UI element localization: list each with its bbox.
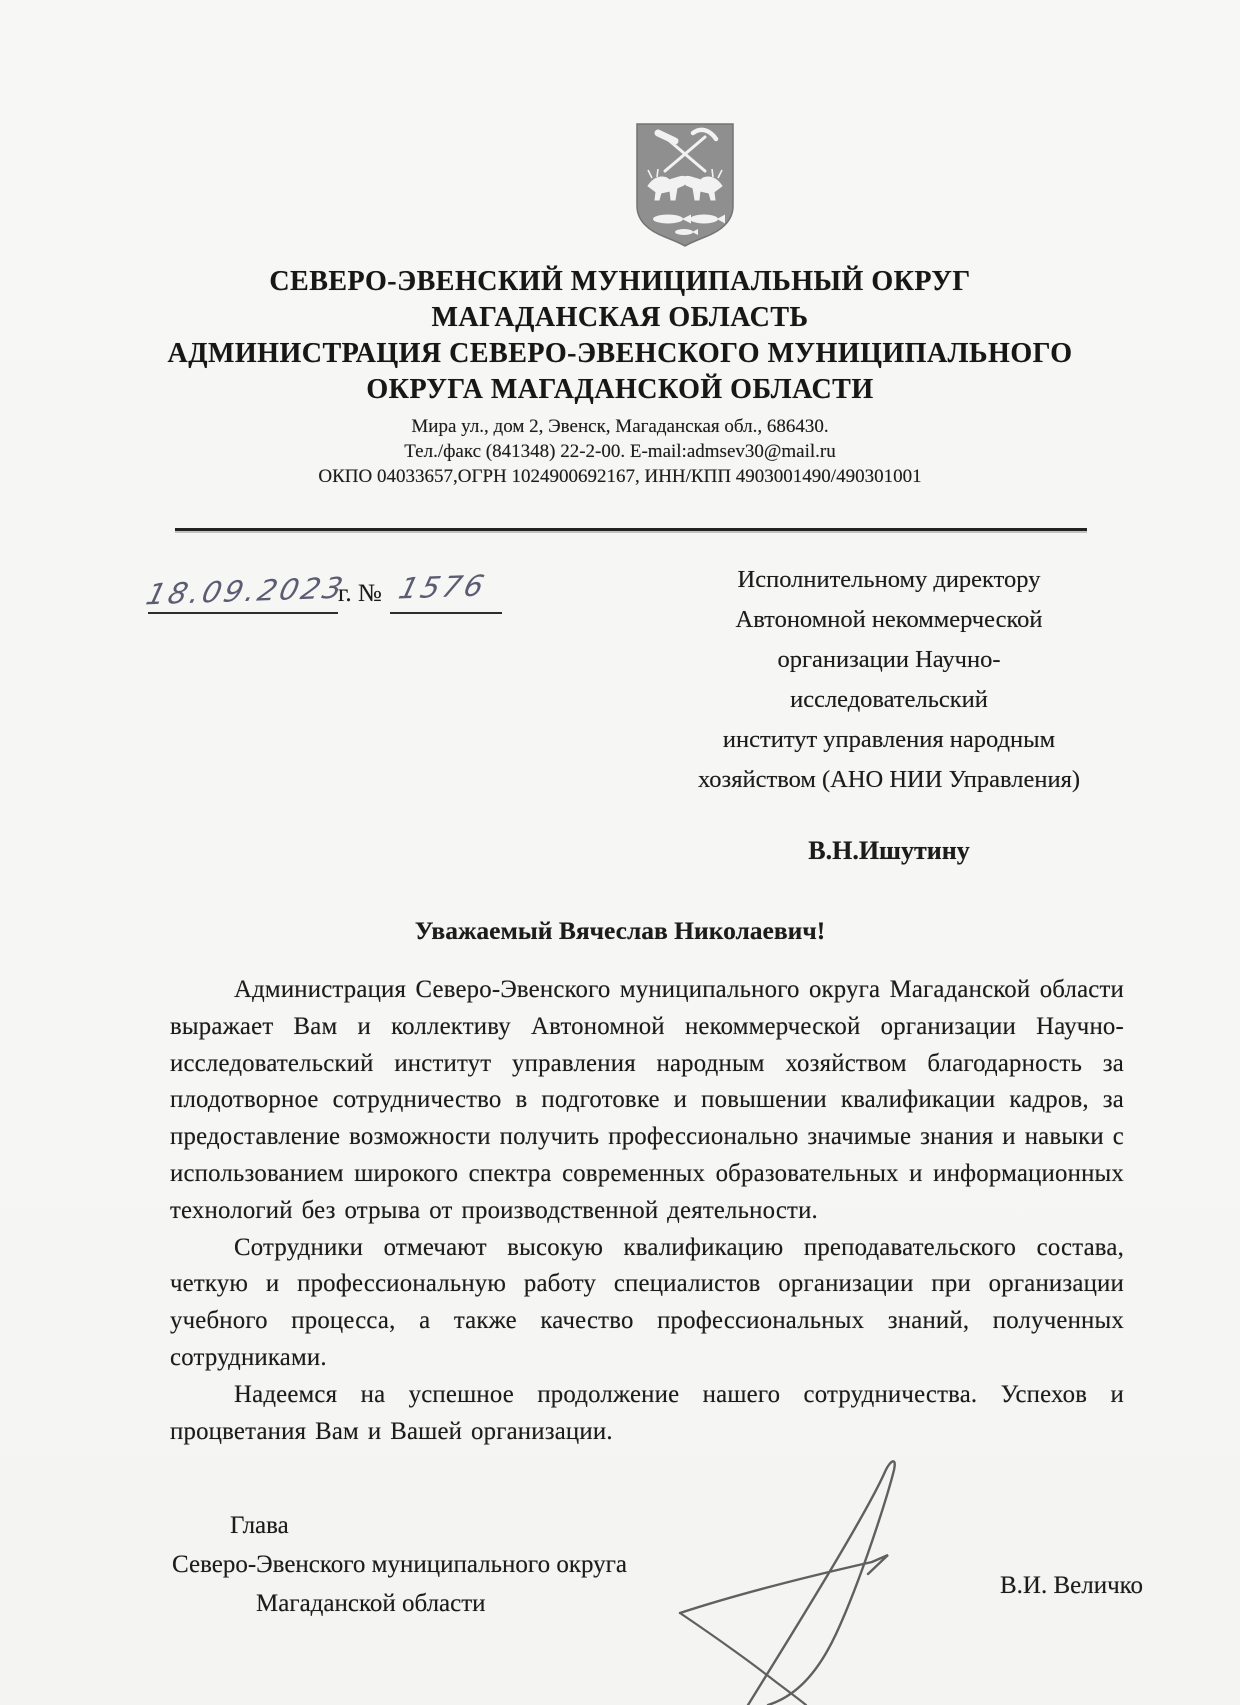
addressee-name: В.Н.Ишутину — [628, 836, 1150, 866]
coat-of-arms-icon — [632, 120, 738, 248]
letterhead-org-name: СЕВЕРО-ЭВЕНСКИЙ МУНИЦИПАЛЬНЫЙ ОКРУГ МАГА… — [0, 264, 1240, 408]
letterhead-divider — [175, 528, 1087, 531]
body-paragraph-2: Сотрудники отмечают высокую квалификацию… — [170, 1230, 1124, 1377]
signer-position-line-1: Глава — [172, 1506, 627, 1545]
addressee-line-3: организации Научно- — [628, 640, 1150, 680]
letter-body: Администрация Северо-Эвенского муниципал… — [170, 972, 1124, 1450]
letterhead-contact: Мира ул., дом 2, Эвенск, Магаданская обл… — [0, 414, 1240, 489]
signature-scribble — [600, 1430, 920, 1705]
salutation: Уважаемый Вячеслав Николаевич! — [0, 916, 1240, 946]
date-underline — [148, 612, 338, 614]
org-line-1: СЕВЕРО-ЭВЕНСКИЙ МУНИЦИПАЛЬНЫЙ ОКРУГ — [0, 264, 1240, 300]
org-line-4: ОКРУГА МАГАДАНСКОЙ ОБЛАСТИ — [0, 372, 1240, 408]
outgoing-number-handwritten: 1576 — [395, 569, 490, 606]
number-underline — [390, 612, 502, 614]
outgoing-date-handwritten: 18.09.2023 — [143, 571, 349, 612]
contact-phone-email: Тел./факс (841348) 22-2-00. E-mail:admse… — [0, 439, 1240, 464]
org-line-2: МАГАДАНСКАЯ ОБЛАСТЬ — [0, 300, 1240, 336]
signer-position-line-2: Северо-Эвенского муниципального округа — [172, 1545, 627, 1584]
contact-address: Мира ул., дом 2, Эвенск, Магаданская обл… — [0, 414, 1240, 439]
addressee-line-4: исследовательский — [628, 680, 1150, 720]
addressee-block: Исполнительному директору Автономной нек… — [628, 560, 1150, 800]
signer-position-line-3: Магаданской области — [172, 1584, 627, 1623]
signer-position-block: Глава Северо-Эвенского муниципального ок… — [172, 1506, 627, 1623]
addressee-line-2: Автономной некоммерческой — [628, 600, 1150, 640]
reference-number-label: г. № — [338, 580, 382, 608]
addressee-line-1: Исполнительному директору — [628, 560, 1150, 600]
signer-name: В.И. Величко — [1000, 1572, 1143, 1600]
body-paragraph-1: Администрация Северо-Эвенского муниципал… — [170, 972, 1124, 1230]
scanned-letter-page: СЕВЕРО-ЭВЕНСКИЙ МУНИЦИПАЛЬНЫЙ ОКРУГ МАГА… — [0, 0, 1240, 1705]
org-line-3: АДМИНИСТРАЦИЯ СЕВЕРО-ЭВЕНСКОГО МУНИЦИПАЛ… — [0, 336, 1240, 372]
addressee-line-5: институт управления народным — [628, 720, 1150, 760]
addressee-line-6: хозяйством (АНО НИИ Управления) — [628, 760, 1150, 800]
contact-registration-codes: ОКПО 04033657,ОГРН 1024900692167, ИНН/КП… — [0, 464, 1240, 489]
